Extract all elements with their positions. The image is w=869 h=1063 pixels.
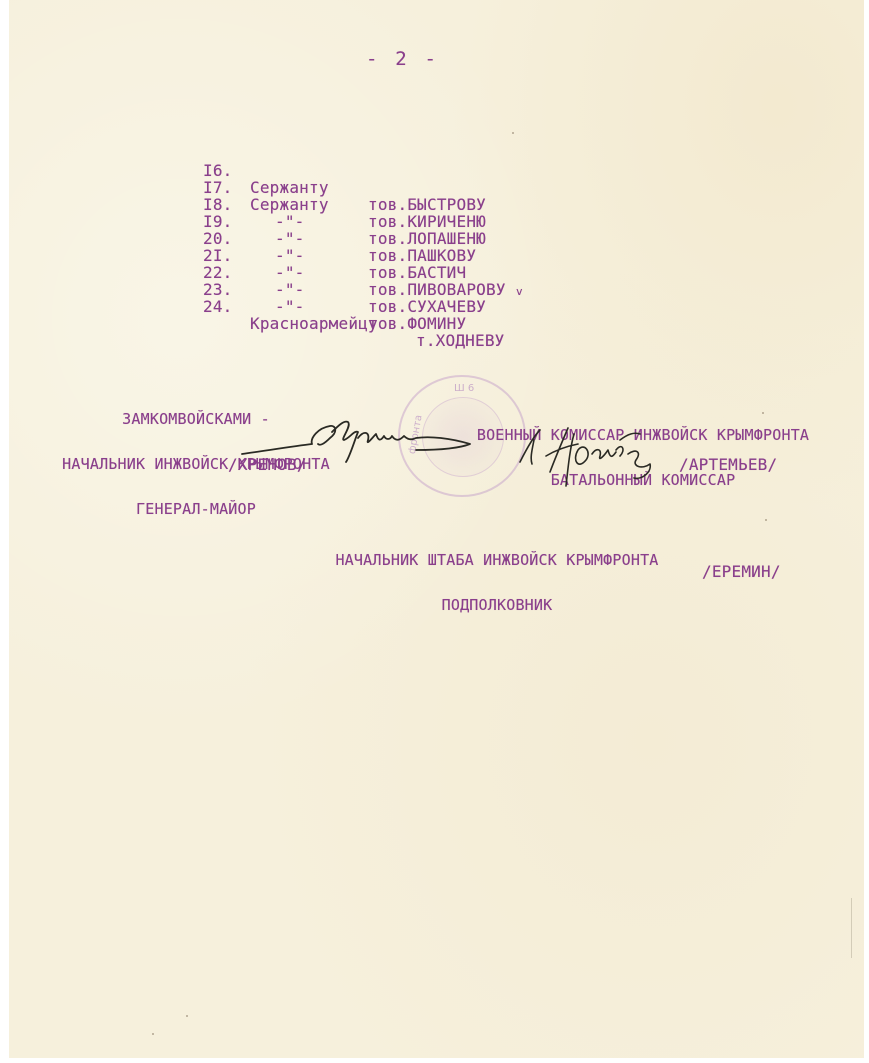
list-item: 23. -"- тов.ФОМИНУ	[203, 264, 543, 281]
right-signatory-name: /АРТЕМЬЕВ/	[679, 455, 777, 474]
bottom-title-line-2: ПОДПОЛКОВНИК	[292, 598, 702, 613]
item-name: тов.ФОМИНУ	[368, 315, 466, 332]
bottom-title-line-1: НАЧАЛЬНИК ШТАБА ИНЖВОЙСК КРЫМФРОНТА	[292, 553, 702, 568]
paper-crease	[851, 898, 852, 958]
list-item: I7. Сержанту тов.КИРИЧЕНЮ	[203, 162, 543, 179]
list-item: 22. -"- тов.СУХАЧЕВУ	[203, 247, 543, 264]
list-item: 24. Красноармейцу т.ХОДНЕВУ v	[203, 281, 543, 298]
item-name: т.ХОДНЕВУ	[416, 332, 505, 349]
award-list: I6. Сержанту тов.БЫСТРОВУ I7. Сержанту т…	[203, 145, 223, 335]
stamp-text-top: Ш 6	[454, 383, 474, 394]
handwritten-signature-left-icon	[240, 410, 490, 480]
list-item: 2I. -"- тов.ПИВОВАРОВУ	[203, 230, 543, 247]
signature-block-bottom: НАЧАЛЬНИК ШТАБА ИНЖВОЙСК КРЫМФРОНТА ПОДП…	[292, 523, 702, 628]
left-title-line-3: ГЕНЕРАЛ-МАЙОР	[28, 502, 364, 517]
check-mark-icon: v	[516, 283, 523, 300]
paper-speck	[765, 519, 767, 521]
bottom-signatory-name: /ЕРЕМИН/	[702, 562, 781, 581]
handwritten-signature-right-icon	[512, 420, 672, 500]
page-number: - 2 -	[366, 48, 436, 70]
list-item: I6. Сержанту тов.БЫСТРОВУ	[203, 145, 543, 162]
paper-speck	[186, 1015, 188, 1017]
paper-speck	[152, 1033, 154, 1035]
paper-speck	[512, 132, 514, 134]
item-name: тов.СУХАЧЕВУ	[368, 298, 486, 315]
item-number: 24.	[203, 298, 233, 315]
list-item: I8. -"- тов.ЛОПАШЕНЮ	[203, 179, 543, 196]
paper-speck	[762, 412, 764, 414]
list-item: 20. -"- тов.БАСТИЧ	[203, 213, 543, 230]
list-item: I9. -"- тов.ПАШКОВУ	[203, 196, 543, 213]
item-rank: -"-	[275, 298, 305, 315]
item-rank: Красноармейцу	[250, 315, 378, 332]
